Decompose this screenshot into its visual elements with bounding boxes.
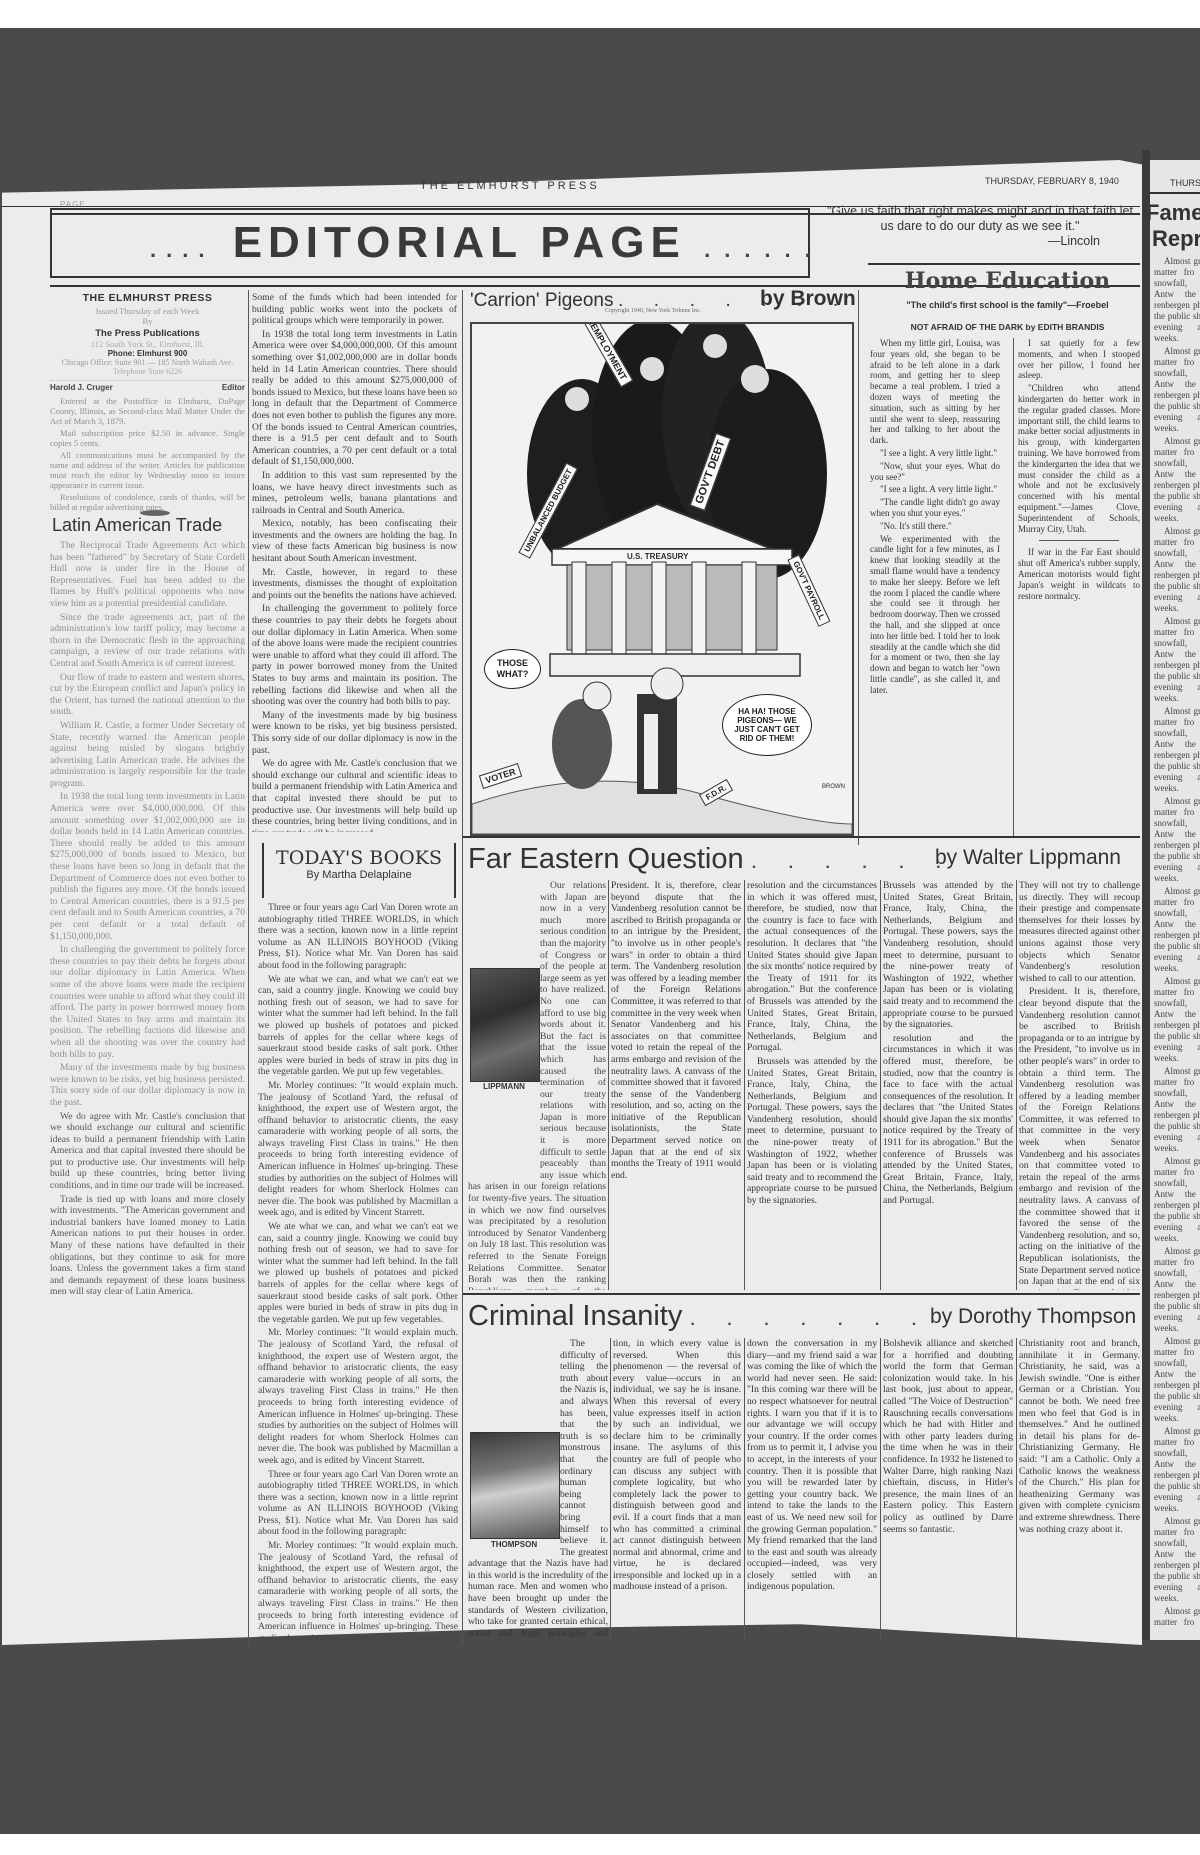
issued-line: Issued Thursday of each Week: [50, 306, 245, 316]
leading-dots: ....: [150, 237, 214, 262]
photo-wrap-spacer: [468, 965, 540, 1180]
lat-paragraph: In 1938 the total long term investments …: [50, 791, 245, 942]
criminal-insanity-col-2: tion, in which every value is reversed. …: [613, 1338, 741, 1638]
paper-name: THE ELMHURST PRESS: [50, 292, 245, 304]
criminal-insanity-col-5: Christianity root and branch, annihilate…: [1019, 1338, 1140, 1638]
next-page-paragraph: Almost graphic stu matter fro Elmhurst s…: [1154, 976, 1200, 1064]
far-eastern-paragraph: President. It is, therefore, clear beyon…: [611, 880, 741, 1181]
home-education-body-col2: I sat quietly for a few moments, and whe…: [1018, 338, 1140, 838]
home-ed-paragraph: I sat quietly for a few moments, and whe…: [1018, 338, 1140, 381]
todays-books-header-box: TODAY'S BOOKS By Martha Delaplaine: [262, 843, 456, 898]
home-education-body-col1: When my little girl, Louisa, was four ye…: [870, 338, 1000, 838]
notice-resolutions: Resolutions of condolence, cards of than…: [50, 492, 245, 512]
next-page-headline-1: Famed: [1150, 200, 1200, 226]
column-rule: [462, 290, 463, 845]
column-rule: [248, 290, 249, 1645]
notice-communications: All communications must be accompanied b…: [50, 450, 245, 490]
far-eastern-col-3: resolution and the circumstances in whic…: [747, 880, 877, 1290]
lat-cont-paragraph: Mr. Castle, however, in regard to these …: [252, 567, 457, 602]
lat-paragraph: Since the trade agreements act, part of …: [50, 612, 245, 670]
section-divider-rule: [463, 836, 1140, 838]
books-paragraph: Three or four years ago Carl Van Doren w…: [258, 902, 458, 972]
criminal-insanity-col-4: Bolshevik alliance and sketched for a ho…: [883, 1338, 1013, 1638]
headline-dots: . . . . . . .: [690, 1312, 930, 1329]
far-eastern-col-5: They will not try to challenge us direct…: [1019, 880, 1140, 1290]
criminal-insanity-col-3: down the conversation in my diary—and my…: [747, 1338, 877, 1638]
lat-paragraph: Our flow of trade to eastern and western…: [50, 672, 245, 718]
far-eastern-paragraph: President. It is, therefore, clear beyon…: [1019, 986, 1140, 1290]
criminal-insanity-paragraph: down the conversation in my diary—and my…: [747, 1338, 877, 1593]
far-eastern-headline-text: Far Eastern Question: [468, 843, 744, 875]
cartoonist-signature: BROWN: [822, 784, 845, 790]
home-education-title: Home Education: [875, 268, 1140, 294]
next-page-text: Almost graphic stu matter fro Elmhurst s…: [1154, 256, 1200, 1626]
next-page-folio: THURS: [1170, 178, 1200, 188]
lat-cont-paragraph: We do agree with Mr. Castle's conclusion…: [252, 758, 457, 832]
editor-line: Harold J. Cruger Editor: [50, 380, 245, 392]
filler-divider: [1039, 540, 1119, 541]
latin-american-trade-body: The Reciprocal Trade Agreements Act whic…: [50, 540, 245, 1648]
column-rule: [1016, 880, 1017, 1290]
by-line: By: [50, 316, 245, 326]
home-ed-paragraph: When my little girl, Louisa, was four ye…: [870, 338, 1000, 446]
lat-cont-paragraph: In addition to this vast sum represented…: [252, 470, 457, 516]
next-page-paragraph: Almost graphic stu matter fro Elmhurst s…: [1154, 346, 1200, 434]
lat-paragraph: In challenging the government to politel…: [50, 944, 245, 1060]
next-page-paragraph: Almost graphic stu matter fro Elmhurst s…: [1154, 1516, 1200, 1604]
next-page-paragraph: Almost graphic stu matter fro Elmhurst s…: [1154, 256, 1200, 344]
cartoon-byline: by Brown: [760, 287, 856, 311]
books-paragraph: We ate what we can, and what we can't ea…: [258, 974, 458, 1078]
criminal-insanity-headline-text: Criminal Insanity: [468, 1300, 682, 1332]
todays-books-byline: By Martha Delaplaine: [264, 869, 454, 881]
books-paragraph: Three or four years ago Carl Van Doren w…: [258, 1469, 458, 1539]
editorial-cartoon: UNEMPLOYMENT GOV'T DEBT UNBALANCED BUDGE…: [470, 322, 854, 836]
column-rule: [610, 1338, 611, 1638]
criminal-insanity-col-1: The difficulty of telling the truth abou…: [468, 1338, 608, 1638]
far-eastern-col-1: Our relations with Japan are now in a ve…: [468, 880, 606, 1290]
home-ed-paragraph: "The candle light didn't go away when yo…: [870, 497, 1000, 519]
latin-american-trade-continued: Some of the funds which had been intende…: [252, 292, 457, 832]
books-paragraph: Mr. Morley continues: "It would explain …: [258, 1327, 458, 1466]
books-paragraph: We ate what we can, and what we can't ea…: [258, 1221, 458, 1325]
far-eastern-headline: Far Eastern Question . . . . . .: [468, 843, 955, 876]
next-page-paragraph: Almost graphic stu matter fro Elmhurst s…: [1154, 526, 1200, 614]
next-page-paragraph: Almost graphic stu matter fro Elmhurst s…: [1154, 796, 1200, 884]
lat-paragraph: Many of the investments made by big busi…: [50, 1062, 245, 1108]
far-eastern-paragraph: They will not try to challenge us direct…: [1019, 880, 1140, 984]
column-rule: [858, 290, 859, 845]
cartoon-title-text: 'Carrion' Pigeons: [470, 290, 614, 311]
next-page-paragraph: Almost graphic stu matter fro Elmhurst s…: [1154, 616, 1200, 704]
next-page-paragraph: Almost graphic stu matter fro Elmhurst s…: [1154, 1426, 1200, 1514]
lat-cont-paragraph: Many of the investments made by big busi…: [252, 710, 457, 756]
speech-bubble-fdr: HA HA! THOSE PIGEONS— WE JUST CAN'T GET …: [722, 694, 812, 756]
telephone-line: Telephone State 6226: [50, 367, 245, 376]
todays-books-title: TODAY'S BOOKS: [264, 847, 454, 869]
lat-cont-paragraph: Mexico, notably, has been confiscating t…: [252, 518, 457, 564]
editor-title: Editor: [222, 383, 245, 392]
page-gutter: [1142, 150, 1150, 1640]
publisher-notices: Entered at the Postoffice in Elmhurst, D…: [50, 396, 245, 514]
far-eastern-paragraph: Brussels was attended by the United Stat…: [883, 880, 1013, 1031]
motto-attribution: —Lincoln: [820, 234, 1140, 249]
rubber-filler: If war in the Far East should shut off A…: [1018, 547, 1140, 601]
column-rule: [608, 880, 609, 1290]
lat-paragraph: The Reciprocal Trade Agreements Act whic…: [50, 540, 245, 610]
next-page-paragraph: Almost graphic stu matter fro Elmhurst s…: [1154, 436, 1200, 524]
next-page-paragraph: Almost graphic stu matter fro Elmhurst s…: [1154, 1336, 1200, 1424]
home-ed-paragraph: "I see a light. A very little light.": [870, 484, 1000, 495]
column-rule: [744, 880, 745, 1290]
far-eastern-paragraph: Brussels was attended by the United Stat…: [747, 1056, 877, 1207]
column-rule: [462, 840, 463, 1645]
far-eastern-col-2: President. It is, therefore, clear beyon…: [611, 880, 741, 1290]
lat-paragraph: Trade is tied up with loans and more clo…: [50, 1194, 245, 1298]
column-rule: [880, 1338, 881, 1638]
section-title-text: EDITORIAL PAGE: [233, 218, 686, 267]
lat-paragraph: We do agree with Mr. Castle's conclusion…: [50, 1111, 245, 1192]
far-eastern-paragraph: resolution and the circumstances in whic…: [747, 880, 877, 1054]
latin-american-trade-headline: Latin American Trade: [52, 515, 222, 536]
next-page-paragraph: Almost graphic stu matter fro Elmhurst s…: [1154, 886, 1200, 974]
lat-cont-paragraph: In challenging the government to politel…: [252, 603, 457, 707]
cartoon-copyright: Copyright 1940, New York Tribune Inc.: [605, 308, 701, 314]
next-page-paragraph: Almost graphic stu matter fro Elmhurst s…: [1154, 706, 1200, 794]
section-divider-rule: [463, 1293, 1140, 1295]
publisher-name: The Press Publications: [50, 328, 245, 339]
vultures-treasury-illustration: [472, 324, 852, 834]
far-eastern-paragraph: resolution and the circumstances in whic…: [883, 1033, 1013, 1207]
criminal-insanity-byline: by Dorothy Thompson: [930, 1305, 1136, 1329]
lat-cont-paragraph: Some of the funds which had been intende…: [252, 292, 457, 327]
folio-paper-name: THE ELMHURST PRESS: [420, 180, 600, 192]
next-page-paragraph: Almost graphic stu matter fro Elmhurst s…: [1154, 1606, 1200, 1626]
criminal-insanity-paragraph: Bolshevik alliance and sketched for a ho…: [883, 1338, 1013, 1535]
folio-date: THURSDAY, FEBRUARY 8, 1940: [985, 176, 1119, 186]
next-page-paragraph: Almost graphic stu matter fro Elmhurst s…: [1154, 1246, 1200, 1334]
criminal-insanity-paragraph: Christianity root and branch, annihilate…: [1019, 1338, 1140, 1535]
lat-paragraph: William R. Castle, a former Under Secret…: [50, 720, 245, 790]
far-eastern-byline: by Walter Lippmann: [935, 846, 1121, 870]
notice-entered: Entered at the Postoffice in Elmhurst, D…: [50, 396, 245, 426]
chicago-office: Chicago Office: Suite 901 — 185 North Wa…: [50, 358, 245, 367]
label-us-treasury: U.S. TREASURY: [627, 552, 689, 561]
criminal-insanity-headline: Criminal Insanity . . . . . . .: [468, 1300, 930, 1333]
next-page-headline-2: Repr: [1152, 226, 1200, 252]
home-ed-paragraph: "Now, shut your eyes. What do you see?": [870, 461, 1000, 483]
home-ed-paragraph: "I see a light. A very little light.": [870, 448, 1000, 459]
home-ed-paragraph: "No. It's still there.": [870, 521, 1000, 532]
publisher-address: 112 South York St., Elmhurst, Ill.: [50, 339, 245, 349]
next-page-paragraph: Almost graphic stu matter fro Elmhurst s…: [1154, 1066, 1200, 1154]
books-paragraph: Mr. Morley continues: "It would explain …: [258, 1080, 458, 1219]
trailing-dots: ......: [704, 237, 825, 262]
adjacent-page-strip: THURS Famed Repr Almost graphic stu matt…: [1150, 160, 1200, 1640]
far-eastern-col-4: Brussels was attended by the United Stat…: [883, 880, 1013, 1290]
home-ed-paragraph: We experimented with the candle light fo…: [870, 534, 1000, 696]
home-ed-top-rule: [868, 263, 1140, 265]
photo-wrap-spacer: [468, 1433, 560, 1553]
books-paragraph: Mr. Morley continues: "It would explain …: [258, 1540, 458, 1642]
column-rule: [1013, 338, 1014, 838]
lincoln-motto: "Give us faith that right makes might an…: [820, 204, 1140, 249]
next-page-paragraph: Almost graphic stu matter fro Elmhurst s…: [1154, 1156, 1200, 1244]
todays-books-body: Three or four years ago Carl Van Doren w…: [258, 902, 458, 1642]
lat-cont-paragraph: In 1938 the total long term investments …: [252, 329, 457, 468]
notice-subscription: Mail subscription price $2.50 in advance…: [50, 428, 245, 448]
column-rule: [1016, 1338, 1017, 1638]
home-education-subtitle: "The child's first school is the family"…: [875, 300, 1140, 310]
publisher-info-box: THE ELMHURST PRESS Issued Thursday of ea…: [50, 292, 245, 512]
kindergarten-quote: "Children who attend kindergarten do bet…: [1018, 383, 1140, 534]
next-page-rule: [1150, 192, 1200, 194]
publisher-phone: Phone: Elmhurst 900: [50, 349, 245, 358]
editor-name: Harold J. Cruger: [50, 383, 113, 392]
column-rule: [744, 1338, 745, 1638]
home-education-article-title: NOT AFRAID OF THE DARK by EDITH BRANDIS: [875, 322, 1140, 332]
speech-bubble-voter: THOSE WHAT?: [484, 649, 541, 689]
headline-dots: . . . . . .: [752, 855, 955, 872]
motto-text: "Give us faith that right makes might an…: [827, 204, 1133, 233]
column-rule: [880, 880, 881, 1290]
section-title: .... EDITORIAL PAGE ......: [150, 218, 825, 268]
criminal-insanity-paragraph: tion, in which every value is reversed. …: [613, 1338, 741, 1593]
